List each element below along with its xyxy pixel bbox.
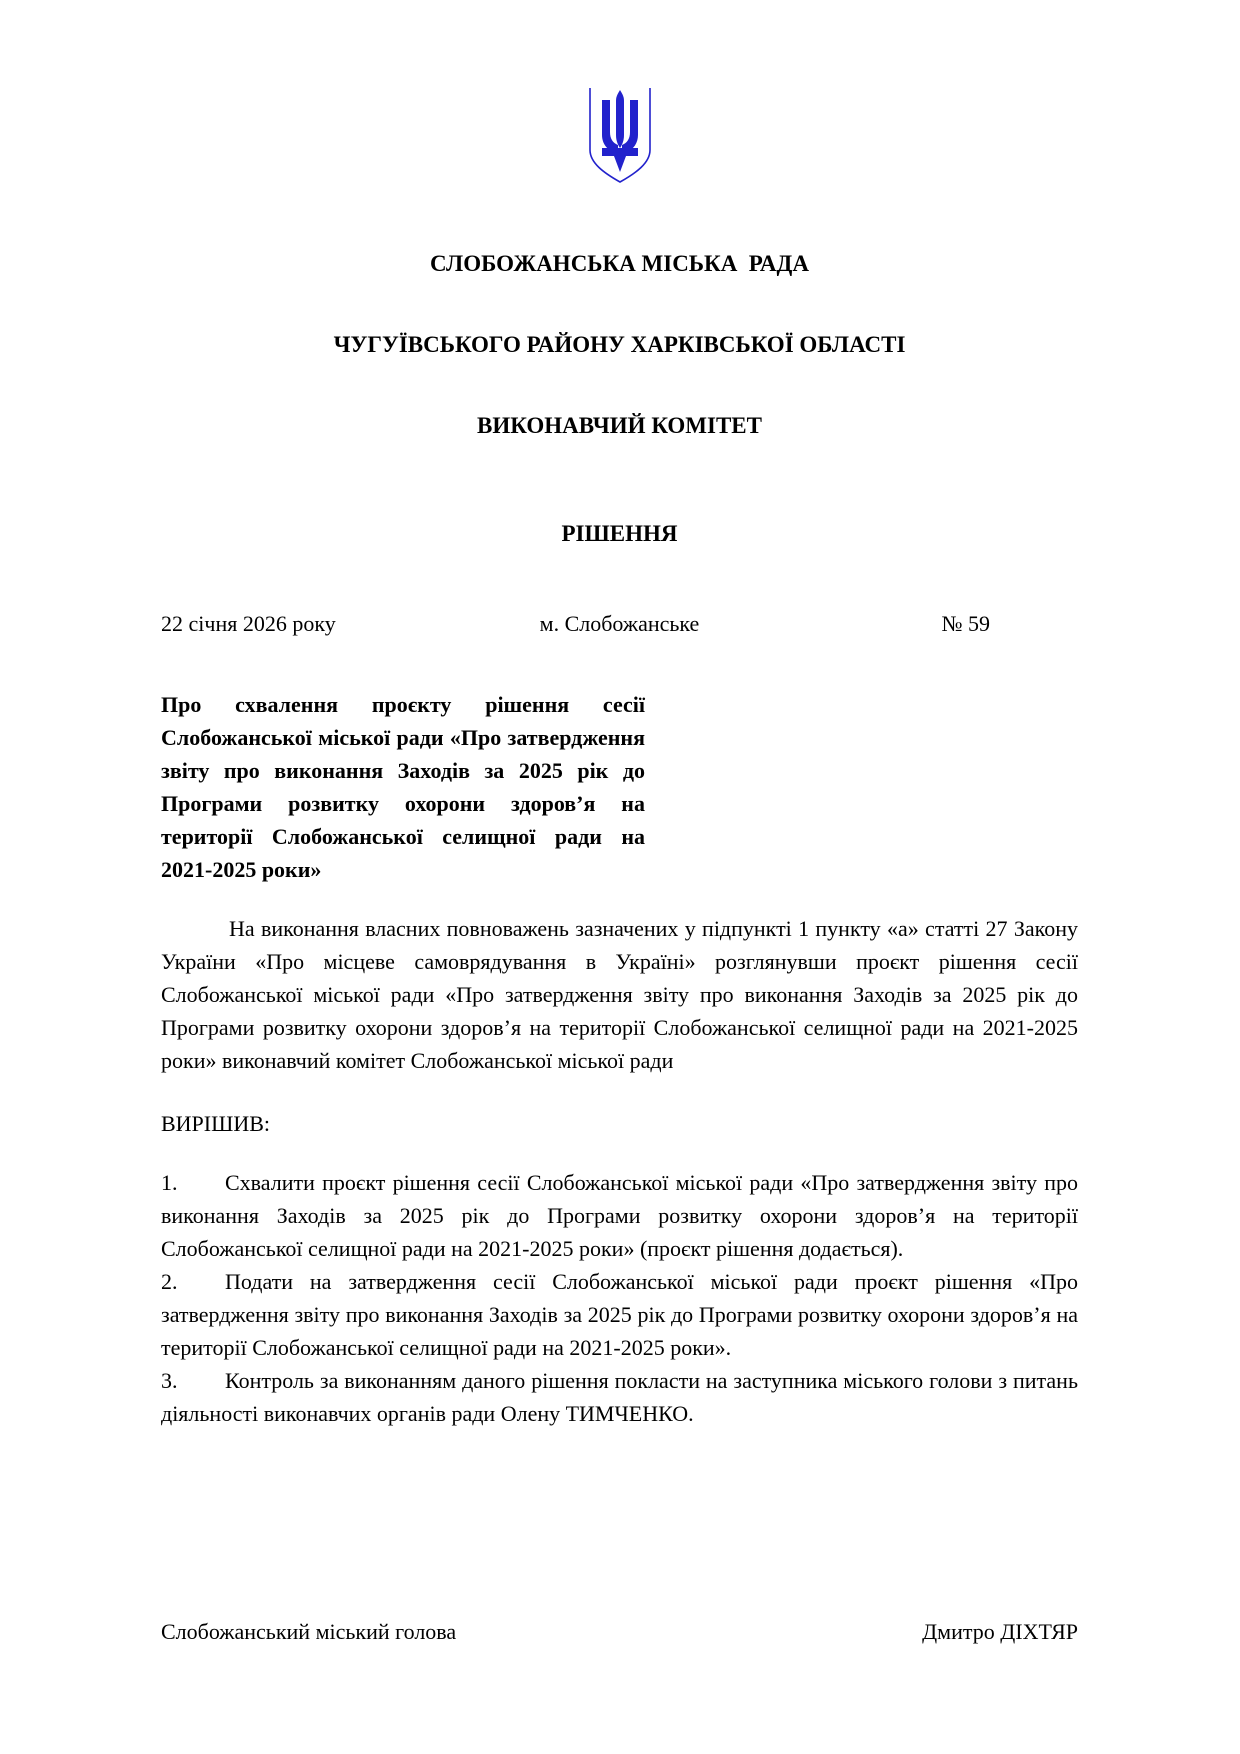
document-meta-row: 22 січня 2026 року м. Слобожанське № 59 <box>161 607 1078 640</box>
org-district-line: ЧУГУЇВСЬКОГО РАЙОНУ ХАРКІВСЬКОЇ ОБЛАСТІ <box>161 331 1078 358</box>
document-type-title: РІШЕННЯ <box>161 520 1078 547</box>
org-name: СЛОБОЖАНСЬКА МІСЬКА РАДА <box>161 250 1078 277</box>
document-date: 22 січня 2026 року <box>161 607 540 640</box>
document-page: СЛОБОЖАНСЬКА МІСЬКА РАДА ЧУГУЇВСЬКОГО РА… <box>0 0 1240 1754</box>
item-2-number: 2. <box>161 1265 225 1298</box>
signatory-title: Слобожанський міський голова <box>161 1615 456 1648</box>
item-3-number: 3. <box>161 1364 225 1397</box>
document-subject: Про схвалення проєкту рішення сесії Слоб… <box>161 688 645 886</box>
ukraine-coat-of-arms <box>585 86 655 188</box>
document-place: м. Слобожанське <box>540 607 700 640</box>
resolution-items: 1.Схвалити проєкт рішення сесії Слобожан… <box>161 1166 1078 1430</box>
item-1-text: Схвалити проєкт рішення сесії Слобожансь… <box>161 1170 1078 1261</box>
organization-header: СЛОБОЖАНСЬКА МІСЬКА РАДА ЧУГУЇВСЬКОГО РА… <box>161 196 1078 493</box>
trident-icon <box>602 90 638 172</box>
resolution-item-2: 2.Подати на затвердження сесії Слобожанс… <box>161 1265 1078 1364</box>
signature-row: Слобожанський міський голова Дмитро ДІХТ… <box>161 1615 1078 1648</box>
resolution-item-1: 1.Схвалити проєкт рішення сесії Слобожан… <box>161 1166 1078 1265</box>
resolution-item-3: 3.Контроль за виконанням даного рішення … <box>161 1364 1078 1430</box>
preamble-paragraph: На виконання власних повноважень зазначе… <box>161 912 1078 1077</box>
resolved-label: ВИРІШИВ: <box>161 1107 1078 1140</box>
org-committee-line: ВИКОНАВЧИЙ КОМІТЕТ <box>161 412 1078 439</box>
signatory-name: Дмитро ДІХТЯР <box>922 1615 1078 1648</box>
document-number: № 59 <box>699 607 1078 640</box>
item-1-number: 1. <box>161 1166 225 1199</box>
item-3-text: Контроль за виконанням даного рішення по… <box>161 1368 1078 1426</box>
item-2-text: Подати на затвердження сесії Слобожанськ… <box>161 1269 1078 1360</box>
